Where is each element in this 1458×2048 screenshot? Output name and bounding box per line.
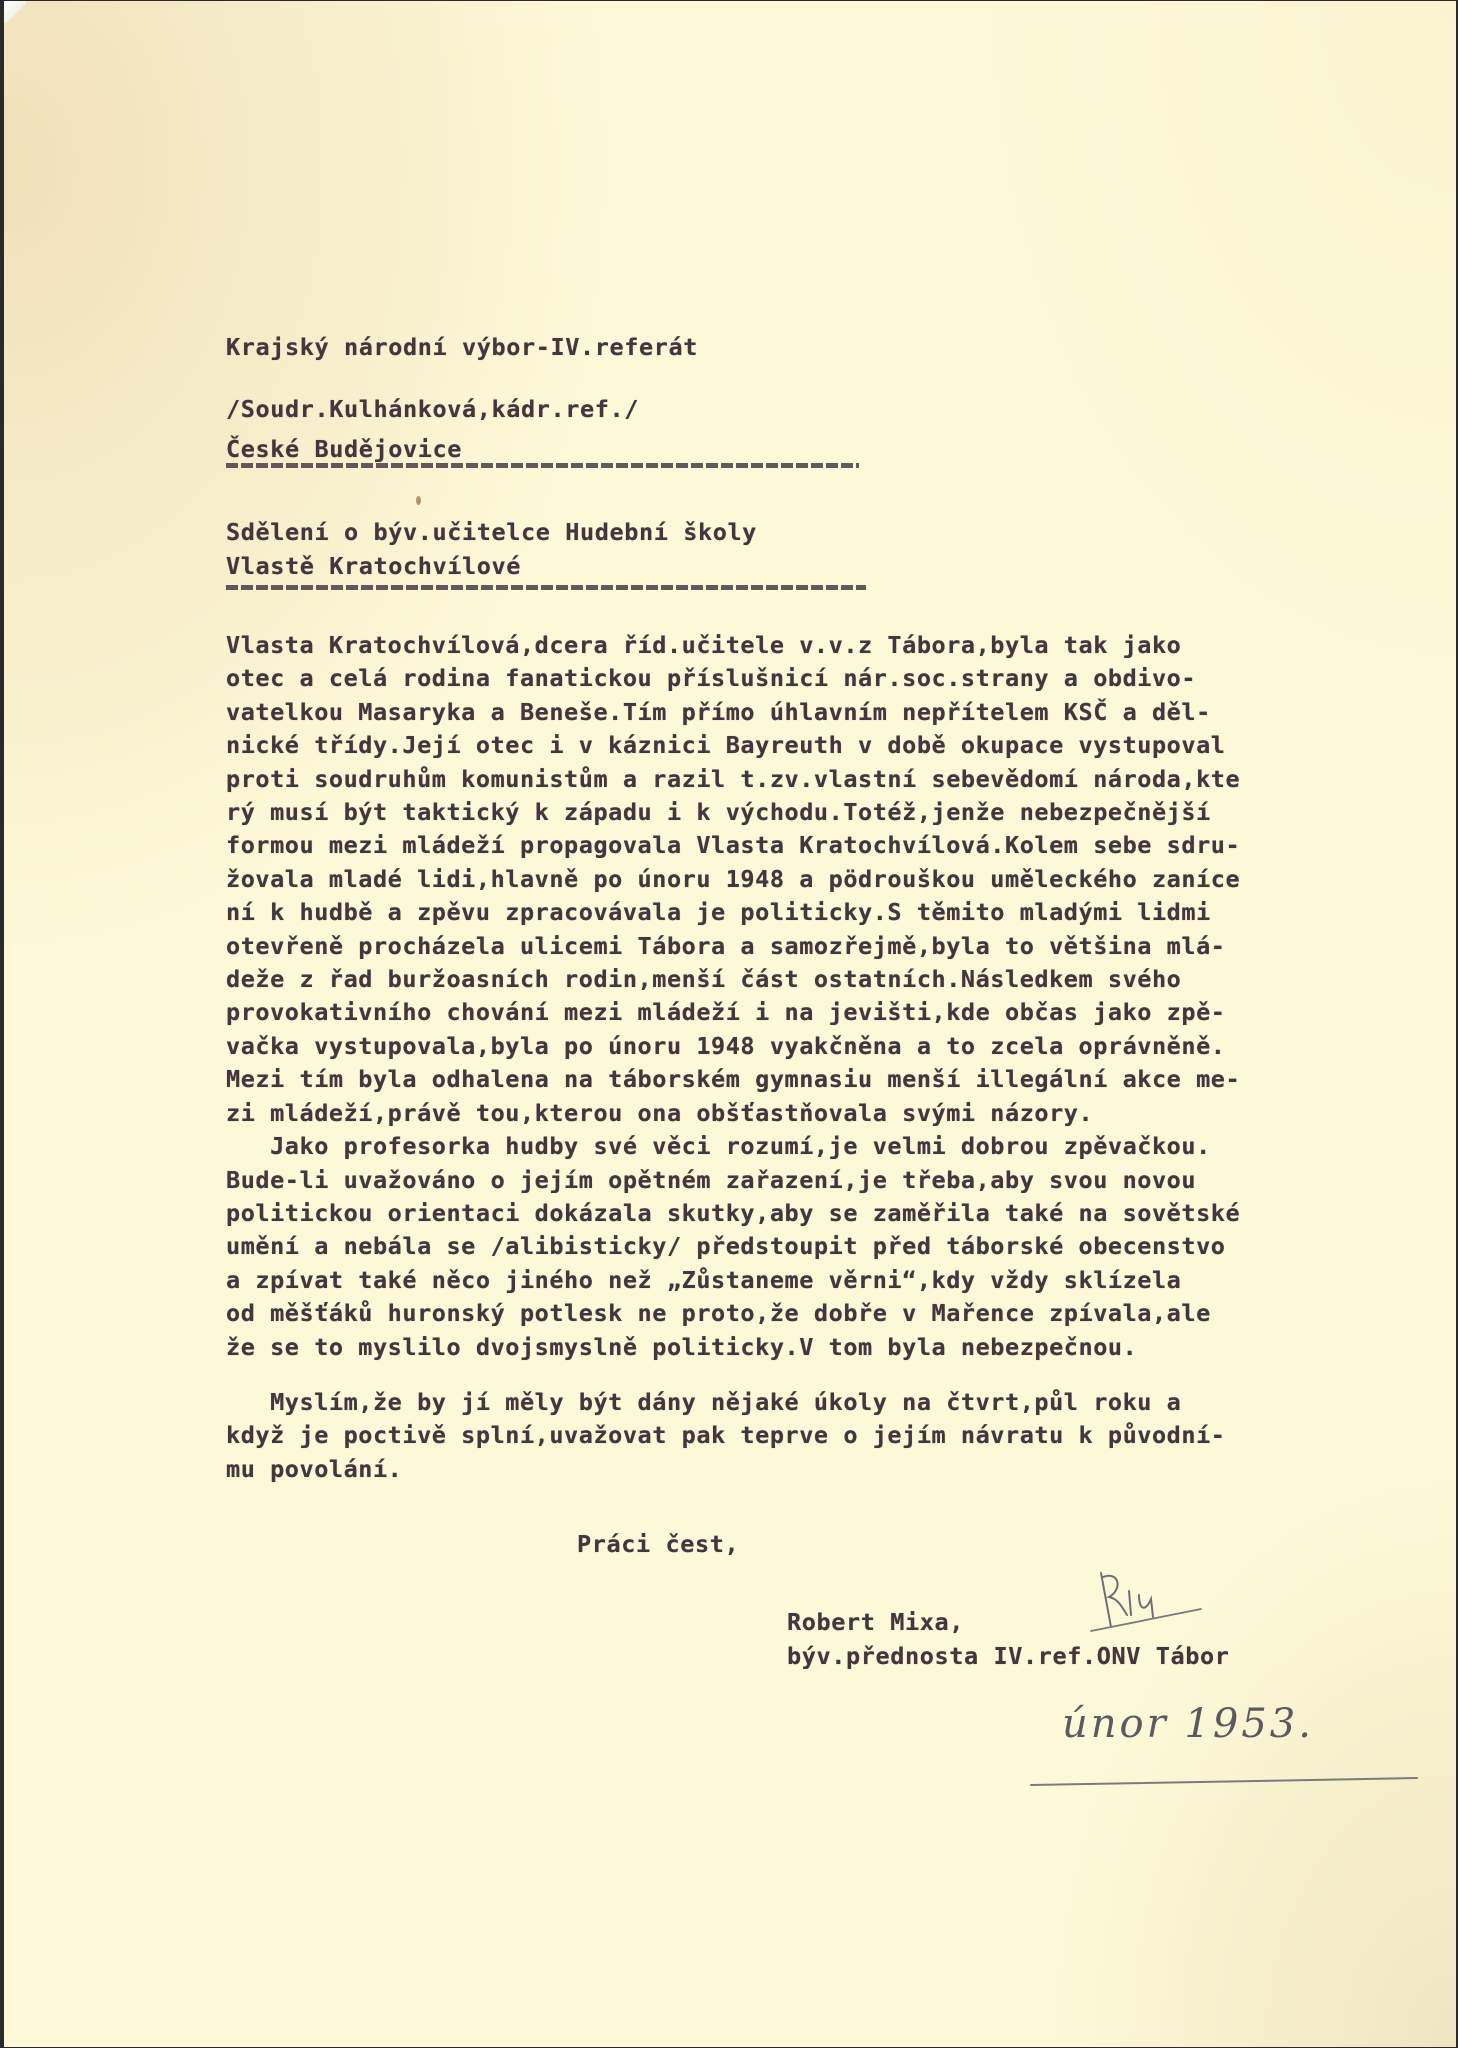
- body-line: proti soudruhům komunistům a razil t.zv.…: [226, 763, 1426, 796]
- document-page: Krajský národní výbor-IV.referát /Soudr.…: [4, 1, 1456, 2047]
- body-line: umění a nebála se /alibisticky/ předstou…: [226, 1230, 1426, 1263]
- body-line: Bude-li uvažováno o jejím opětném zařaze…: [226, 1164, 1426, 1197]
- ink-stain: [416, 496, 421, 505]
- date-underline: [1029, 1776, 1419, 1788]
- recipient-office: Krajský národní výbor-IV.referát: [226, 328, 698, 366]
- letter-body: Vlasta Kratochvílová,dcera říd.učitele v…: [226, 629, 1426, 1486]
- body-line: Vlasta Kratochvílová,dcera říd.učitele v…: [226, 629, 1426, 662]
- body-line: deže z řad buržoasních rodin,menší část …: [226, 963, 1426, 996]
- body-line: provokativního chování mezi mládeží i na…: [226, 996, 1426, 1029]
- body-line: vatelkou Masaryka a Beneše.Tím přímo úhl…: [226, 696, 1426, 729]
- paragraph-2: Jako profesorka hudby své věci rozumí,je…: [226, 1130, 1426, 1364]
- body-line: formou mezi mládeží propagovala Vlasta K…: [226, 829, 1426, 862]
- body-line: Myslím,že by jí měly být dány nějaké úko…: [226, 1386, 1426, 1419]
- recipient-person: /Soudr.Kulhánková,kádr.ref./: [226, 390, 639, 428]
- body-line: žovala mladé lidi,hlavně po únoru 1948 a…: [226, 863, 1426, 896]
- body-line: ní k hudbě a zpěvu zpracovávala je polit…: [226, 896, 1426, 929]
- signer-name: Robert Mixa,: [787, 1603, 964, 1641]
- body-line: mu povolání.: [226, 1453, 1426, 1486]
- body-line: že se to myslilo dvojsmyslně politicky.V…: [226, 1331, 1426, 1364]
- signer-title: býv.přednosta IV.ref.ONV Tábor: [787, 1637, 1229, 1675]
- body-line: když je poctivě splní,uvažovat pak teprv…: [226, 1419, 1426, 1452]
- subject-line-1: Sdělení o býv.učitelce Hudební školy: [226, 513, 757, 551]
- body-line: nické třídy.Její otec i v káznici Bayreu…: [226, 729, 1426, 762]
- body-line: vačka vystupovala,byla po únoru 1948 vya…: [226, 1030, 1426, 1063]
- paragraph-1: Vlasta Kratochvílová,dcera říd.učitele v…: [226, 629, 1426, 1130]
- body-line: a zpívat také něco jiného než „Zůstaneme…: [226, 1264, 1426, 1297]
- paragraph-gap: [226, 1364, 1426, 1386]
- subject-line-2: Vlastě Kratochvílové: [226, 547, 521, 585]
- salutation: Práci čest,: [577, 1525, 739, 1563]
- body-line: Mezi tím byla odhalena na táborském gymn…: [226, 1063, 1426, 1096]
- paragraph-3: Myslím,že by jí měly být dány nějaké úko…: [226, 1386, 1426, 1486]
- handwritten-date: únor 1953.: [1062, 1701, 1314, 1747]
- recipient-rule: [226, 463, 859, 468]
- body-line: od měšťáků huronský potlesk ne proto,že …: [226, 1297, 1426, 1330]
- body-line: rý musí být taktický k západu i k východ…: [226, 796, 1426, 829]
- handwritten-initials-signature: [1089, 1569, 1209, 1639]
- body-line: otevřeně procházela ulicemi Tábora a sam…: [226, 930, 1426, 963]
- body-line: otec a celá rodina fanatickou příslušnic…: [226, 662, 1426, 695]
- folded-corner: [4, 1, 26, 23]
- body-line: politickou orientaci dokázala skutky,aby…: [226, 1197, 1426, 1230]
- subject-rule: [226, 585, 866, 590]
- body-line: zi mládeží,právě tou,kterou ona obšťastň…: [226, 1097, 1426, 1130]
- body-line: Jako profesorka hudby své věci rozumí,je…: [226, 1130, 1426, 1163]
